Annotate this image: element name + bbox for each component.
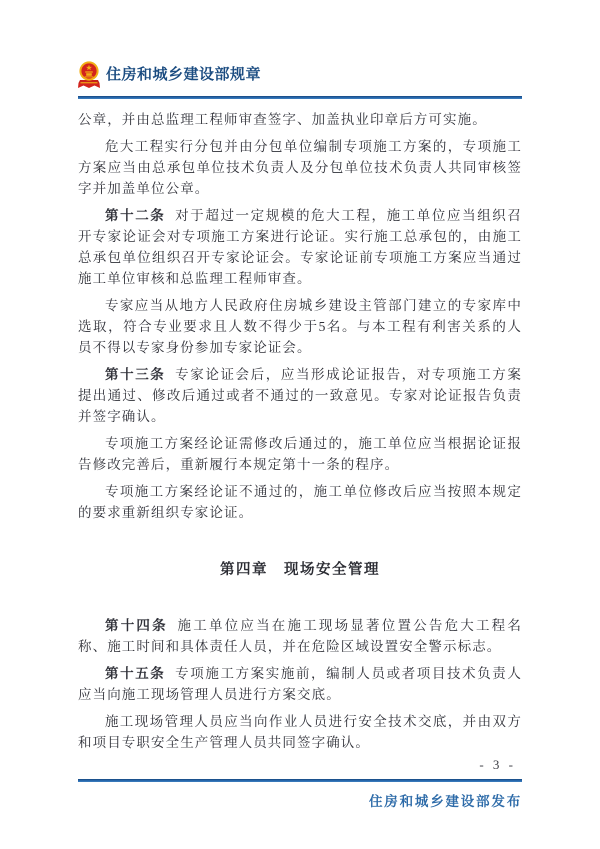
paragraph: 专项施工方案经论证不通过的，施工单位修改后应当按照本规定的要求重新组织专家论证。	[78, 481, 522, 523]
paragraph: 公章，并由总监理工程师审查签字、加盖执业印章后方可实施。	[78, 109, 522, 130]
document-body: 公章，并由总监理工程师审查签字、加盖执业印章后方可实施。 危大工程实行分包并由分…	[78, 99, 522, 753]
article-number: 第十五条	[105, 666, 165, 681]
footer-rule	[78, 779, 522, 782]
document-category-title: 住房和城乡建设部规章	[106, 61, 261, 89]
paragraph: 专家应当从地方人民政府住房城乡建设主管部门建立的专家库中选取，符合专业要求且人数…	[78, 295, 522, 358]
paragraph-text: 公章，并由总监理工程师审查签字、加盖执业印章后方可实施。	[78, 112, 487, 127]
paragraph-text: 专项施工方案经论证不通过的，施工单位修改后应当按照本规定的要求重新组织专家论证。	[78, 484, 522, 520]
page-header: 住房和城乡建设部规章	[78, 0, 522, 89]
chapter-heading: 第四章 现场安全管理	[78, 559, 522, 581]
regulation-page: 住房和城乡建设部规章 公章，并由总监理工程师审查签字、加盖执业印章后方可实施。 …	[0, 0, 600, 849]
paragraph-article-14: 第十四条施工单位应当在施工现场显著位置公告危大工程名称、施工时间和具体责任人员，…	[78, 615, 522, 657]
publisher-label: 住房和城乡建设部发布	[369, 790, 522, 810]
article-number: 第十四条	[105, 618, 168, 633]
paragraph-article-12: 第十二条对于超过一定规模的危大工程，施工单位应当组织召开专家论证会对专项施工方案…	[78, 205, 522, 289]
paragraph-text: 危大工程实行分包并由分包单位编制专项施工方案的，专项施工方案应当由总承包单位技术…	[78, 139, 522, 196]
paragraph-article-15: 第十五条专项施工方案实施前，编制人员或者项目技术负责人应当向施工现场管理人员进行…	[78, 663, 522, 705]
paragraph: 专项施工方案经论证需修改后通过的，施工单位应当根据论证报告修改完善后，重新履行本…	[78, 433, 522, 475]
paragraph: 危大工程实行分包并由分包单位编制专项施工方案的，专项施工方案应当由总承包单位技术…	[78, 136, 522, 199]
paragraph-text: 专项施工方案经论证需修改后通过的，施工单位应当根据论证报告修改完善后，重新履行本…	[78, 436, 522, 472]
paragraph-text: 专家应当从地方人民政府住房城乡建设主管部门建立的专家库中选取，符合专业要求且人数…	[78, 298, 522, 355]
paragraph-article-13: 第十三条专家论证会后，应当形成论证报告，对专项施工方案提出通过、修改后通过或者不…	[78, 364, 522, 427]
national-emblem-icon	[78, 61, 100, 89]
article-number: 第十二条	[105, 208, 165, 223]
page-number: - 3 -	[479, 757, 516, 773]
page-content: 住房和城乡建设部规章 公章，并由总监理工程师审查签字、加盖执业印章后方可实施。 …	[78, 0, 522, 759]
paragraph-text: 施工现场管理人员应当向作业人员进行安全技术交底，并由双方和项目专职安全生产管理人…	[78, 714, 522, 750]
article-number: 第十三条	[105, 367, 165, 382]
paragraph: 施工现场管理人员应当向作业人员进行安全技术交底，并由双方和项目专职安全生产管理人…	[78, 711, 522, 753]
